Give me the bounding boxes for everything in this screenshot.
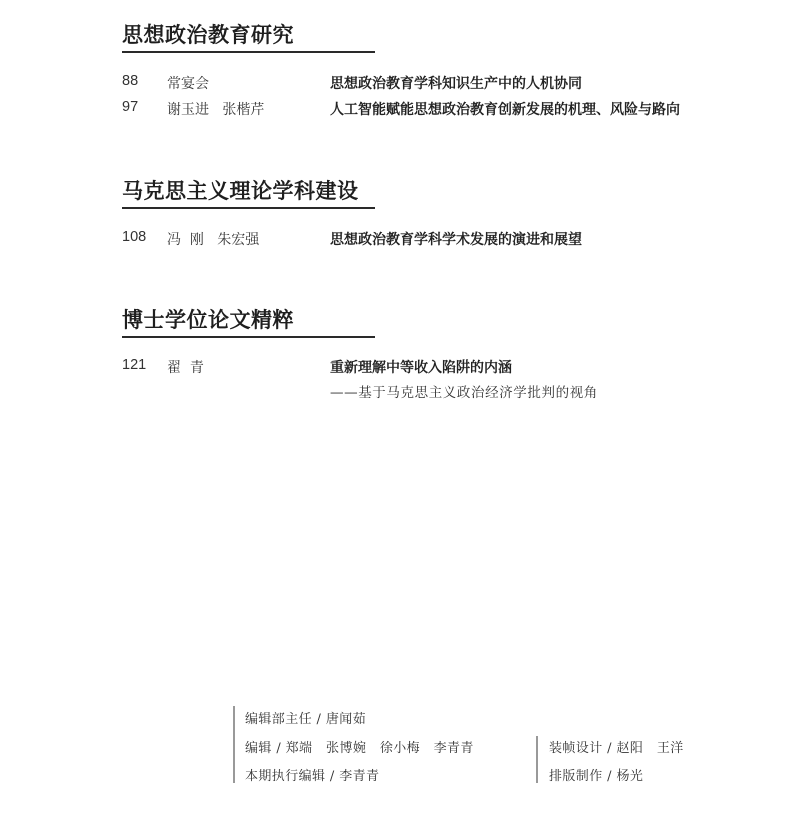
article-title[interactable]: 思想政治教育学科学术发展的演进和展望 xyxy=(330,229,582,249)
credits-divider xyxy=(536,736,538,783)
article-title[interactable]: 人工智能赋能思想政治教育创新发展的机理、风险与路向 xyxy=(330,99,680,119)
article-subtitle: ——基于马克思主义政治经济学批判的视角 xyxy=(330,381,598,401)
authors: 翟 青 xyxy=(167,357,204,377)
credits-divider xyxy=(233,706,235,783)
credit-executive-editor: 本期执行编辑 / 李青青 xyxy=(245,765,379,784)
credit-editorial-director: 编辑部主任 / 唐闻茹 xyxy=(245,708,366,727)
section-rule xyxy=(122,336,375,338)
credit-typesetting: 排版制作 / 杨光 xyxy=(549,765,643,784)
article-title[interactable]: 思想政治教育学科知识生产中的人机协同 xyxy=(330,73,582,93)
authors: 谢玉进 张楷芹 xyxy=(167,99,264,119)
section-rule xyxy=(122,207,375,209)
authors: 常宴会 xyxy=(167,73,209,93)
page-number: 121 xyxy=(122,357,146,373)
section-title-marxism-discipline: 马克思主义理论学科建设 xyxy=(122,175,359,205)
page-number: 97 xyxy=(122,99,138,115)
credit-editors: 编辑 / 郑端 张博婉 徐小梅 李青青 xyxy=(245,737,474,756)
toc-entry[interactable]: 121 翟 青 重新理解中等收入陷阱的内涵 xyxy=(122,357,762,377)
toc-entry[interactable]: 108 冯 刚 朱宏强 思想政治教育学科学术发展的演进和展望 xyxy=(122,229,762,249)
page-number: 108 xyxy=(122,229,146,245)
section-title-ideological-education: 思想政治教育研究 xyxy=(122,19,294,49)
section-rule xyxy=(122,51,375,53)
toc-entry[interactable]: 88 常宴会 思想政治教育学科知识生产中的人机协同 xyxy=(122,73,762,93)
credit-cover-design: 装帧设计 / 赵阳 王洋 xyxy=(549,737,684,756)
article-title[interactable]: 重新理解中等收入陷阱的内涵 xyxy=(330,357,512,377)
toc-entry[interactable]: 97 谢玉进 张楷芹 人工智能赋能思想政治教育创新发展的机理、风险与路向 xyxy=(122,99,762,119)
authors: 冯 刚 朱宏强 xyxy=(167,229,259,249)
page-number: 88 xyxy=(122,73,138,89)
section-title-doctoral-dissertations: 博士学位论文精粹 xyxy=(122,304,294,334)
